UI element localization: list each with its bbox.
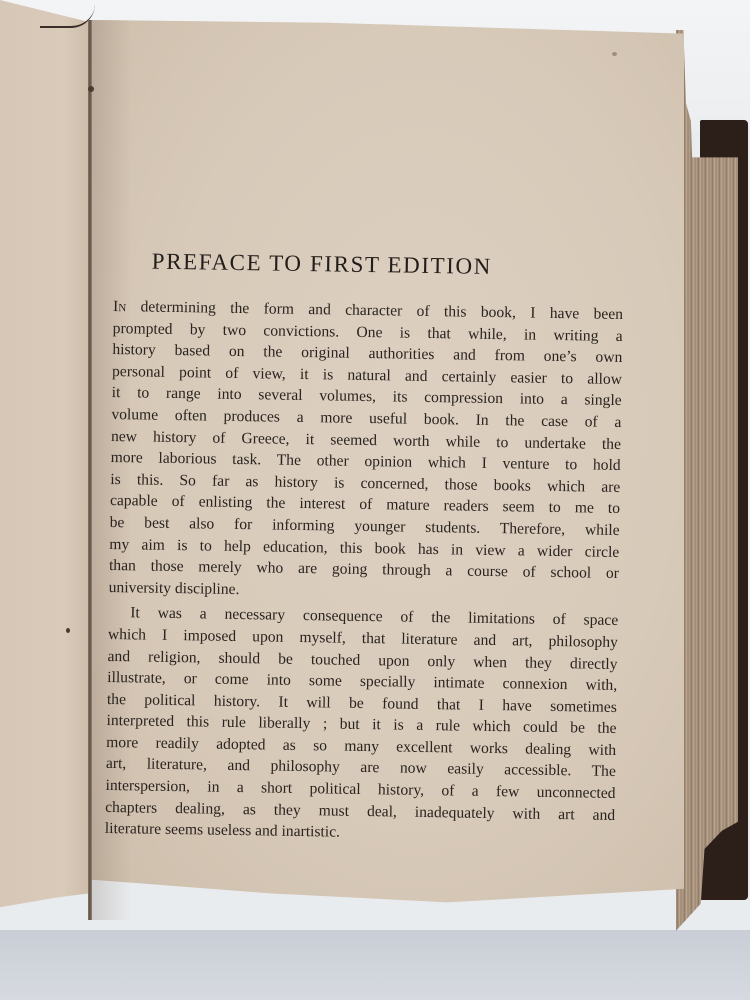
paper-speck bbox=[88, 86, 94, 92]
book-gutter bbox=[88, 20, 92, 920]
paper-speck bbox=[612, 52, 617, 56]
dropcap: In bbox=[113, 298, 126, 315]
left-page bbox=[0, 0, 92, 950]
paragraph-1: In determining the form and character of… bbox=[108, 296, 623, 606]
page-content: PREFACE TO FIRST EDITION In determining … bbox=[105, 248, 624, 848]
page-edges bbox=[676, 30, 738, 940]
paper-speck bbox=[66, 628, 70, 633]
backdrop-bottom bbox=[0, 930, 750, 1000]
paragraph-2: It was a necessary consequence of the li… bbox=[105, 602, 619, 848]
